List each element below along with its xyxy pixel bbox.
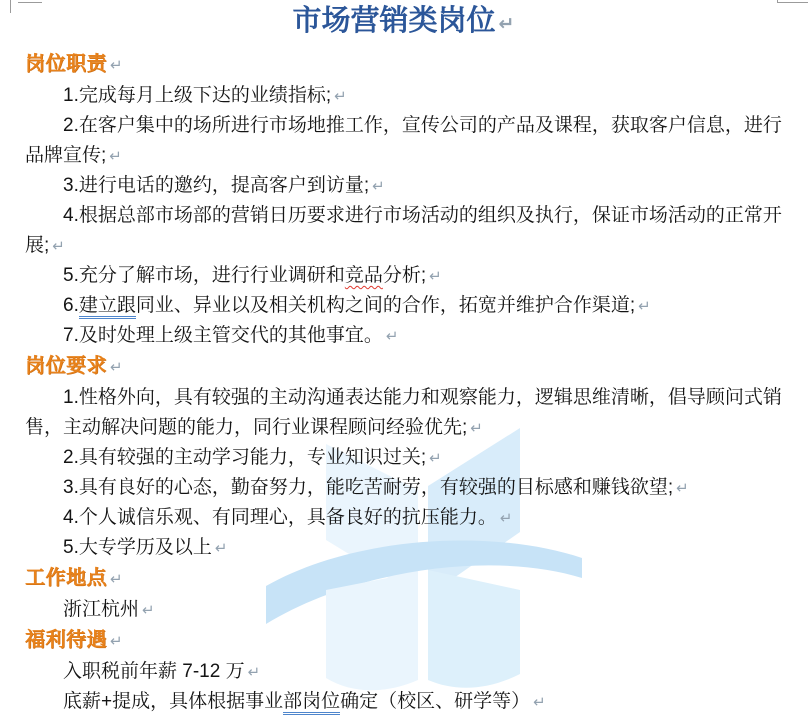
paragraph[interactable]: 5.大专学历及以上↵ bbox=[25, 533, 782, 563]
paragraph-mark-icon: ↵ bbox=[110, 570, 123, 588]
paragraph-mark-icon: ↵ bbox=[429, 267, 442, 285]
grammar-flagged-text: 建立跟 bbox=[79, 295, 136, 319]
paragraph[interactable]: 2.在客户集中的场所进行市场地推工作，宣传公司的产品及课程，获取客户信息，进行品… bbox=[25, 111, 782, 171]
paragraph-mark-icon: ↵ bbox=[500, 509, 513, 527]
crop-mark-top-left bbox=[10, 0, 11, 13]
paragraph-mark-icon: ↵ bbox=[386, 327, 399, 345]
paragraph-text: 1.完成每月上级下达的业绩指标; bbox=[63, 85, 331, 106]
crop-mark-top-left bbox=[18, 2, 42, 3]
section-heading[interactable]: 工作地点↵ bbox=[25, 563, 782, 595]
paragraph-text: 2.具有较强的主动学习能力，专业知识过关; bbox=[63, 447, 426, 468]
section-heading-text: 岗位要求 bbox=[25, 355, 107, 377]
paragraph[interactable]: 5.充分了解市场，进行行业调研和竞品分析;↵ bbox=[25, 261, 782, 291]
paragraph-text: 1.性格外向，具有较强的主动沟通表达能力和观察能力，逻辑思维清晰，倡导顾问式销售… bbox=[25, 387, 782, 438]
spellcheck-flagged-text: 竞品 bbox=[345, 265, 383, 286]
document-sections: 岗位职责↵1.完成每月上级下达的业绩指标;↵2.在客户集中的场所进行市场地推工作… bbox=[25, 49, 782, 715]
paragraph-text: 7.及时处理上级主管交代的其他事宜。 bbox=[63, 325, 383, 346]
paragraph-text: 5.充分了解市场，进行行业调研和 bbox=[63, 265, 345, 286]
paragraph[interactable]: 3.进行电话的邀约，提高客户到访量;↵ bbox=[25, 171, 782, 201]
paragraph-text: 同业、异业以及相关机构之间的合作，拓宽并维护合作渠道; bbox=[136, 295, 635, 316]
word-document-page[interactable]: 市场营销类岗位↵ 岗位职责↵1.完成每月上级下达的业绩指标;↵2.在客户集中的场… bbox=[0, 0, 808, 715]
section-heading-text: 工作地点 bbox=[25, 567, 107, 589]
document-content: 市场营销类岗位↵ 岗位职责↵1.完成每月上级下达的业绩指标;↵2.在客户集中的场… bbox=[0, 0, 808, 715]
paragraph-text: 4.根据总部市场部的营销日历要求进行市场活动的组织及执行，保证市场活动的正常开展… bbox=[25, 205, 782, 256]
paragraph[interactable]: 7.及时处理上级主管交代的其他事宜。↵ bbox=[25, 321, 782, 351]
paragraph-mark-icon: ↵ bbox=[533, 693, 546, 711]
paragraph-mark-icon: ↵ bbox=[499, 13, 515, 35]
paragraph-text: 4.个人诚信乐观、有同理心，具备良好的抗压能力。 bbox=[63, 507, 497, 528]
paragraph-mark-icon: ↵ bbox=[372, 177, 385, 195]
paragraph-text: 分析; bbox=[383, 265, 426, 286]
paragraph[interactable]: 浙江杭州↵ bbox=[25, 595, 782, 625]
paragraph-mark-icon: ↵ bbox=[676, 479, 689, 497]
paragraph[interactable]: 4.根据总部市场部的营销日历要求进行市场活动的组织及执行，保证市场活动的正常开展… bbox=[25, 201, 782, 261]
paragraph-text: 3.具有良好的心态，勤奋努力，能吃苦耐劳，有较强的目标感和赚钱欲望; bbox=[63, 477, 673, 498]
paragraph-text: 底薪+提成，具体根据事业 bbox=[63, 691, 283, 712]
paragraph-text: 2.在客户集中的场所进行市场地推工作，宣传公司的产品及课程，获取客户信息，进行品… bbox=[25, 115, 782, 166]
paragraph[interactable]: 入职税前年薪 7-12 万↵ bbox=[25, 657, 782, 687]
paragraph-mark-icon: ↵ bbox=[110, 632, 123, 650]
paragraph[interactable]: 4.个人诚信乐观、有同理心，具备良好的抗压能力。↵ bbox=[25, 503, 782, 533]
paragraph-mark-icon: ↵ bbox=[334, 87, 347, 105]
paragraph[interactable]: 1.完成每月上级下达的业绩指标;↵ bbox=[25, 81, 782, 111]
paragraph-mark-icon: ↵ bbox=[142, 601, 155, 619]
paragraph-mark-icon: ↵ bbox=[429, 449, 442, 467]
crop-mark-top-right bbox=[777, 0, 778, 3]
paragraph-text: 5.大专学历及以上 bbox=[63, 537, 212, 558]
grammar-flagged-text: 部岗位 bbox=[283, 691, 340, 715]
section-heading-text: 福利待遇 bbox=[25, 629, 107, 651]
section-heading[interactable]: 福利待遇↵ bbox=[25, 625, 782, 657]
paragraph-text: 入职税前年薪 7-12 万 bbox=[63, 661, 245, 682]
paragraph[interactable]: 6.建立跟同业、异业以及相关机构之间的合作，拓宽并维护合作渠道;↵ bbox=[25, 291, 782, 321]
paragraph[interactable]: 3.具有良好的心态，勤奋努力，能吃苦耐劳，有较强的目标感和赚钱欲望;↵ bbox=[25, 473, 782, 503]
paragraph-text: 浙江杭州 bbox=[63, 599, 139, 620]
section-heading-text: 岗位职责 bbox=[25, 53, 107, 75]
paragraph[interactable]: 2.具有较强的主动学习能力，专业知识过关;↵ bbox=[25, 443, 782, 473]
paragraph-mark-icon: ↵ bbox=[109, 147, 122, 165]
paragraph-mark-icon: ↵ bbox=[110, 358, 123, 376]
paragraph-mark-icon: ↵ bbox=[215, 539, 228, 557]
paragraph[interactable]: 底薪+提成，具体根据事业部岗位确定（校区、研学等）↵ bbox=[25, 687, 782, 715]
page-title: 市场营销类岗位↵ bbox=[25, 4, 782, 41]
section-heading[interactable]: 岗位要求↵ bbox=[25, 351, 782, 383]
paragraph-mark-icon: ↵ bbox=[248, 663, 261, 681]
page-title-text: 市场营销类岗位 bbox=[293, 5, 496, 37]
paragraph-mark-icon: ↵ bbox=[110, 56, 123, 74]
paragraph-mark-icon: ↵ bbox=[470, 419, 483, 437]
paragraph-text: 6. bbox=[63, 295, 79, 316]
crop-mark-top-right bbox=[777, 2, 808, 3]
paragraph[interactable]: 1.性格外向，具有较强的主动沟通表达能力和观察能力，逻辑思维清晰，倡导顾问式销售… bbox=[25, 383, 782, 443]
paragraph-mark-icon: ↵ bbox=[638, 297, 651, 315]
paragraph-mark-icon: ↵ bbox=[52, 237, 65, 255]
paragraph-text: 3.进行电话的邀约，提高客户到访量; bbox=[63, 175, 369, 196]
section-heading[interactable]: 岗位职责↵ bbox=[25, 49, 782, 81]
paragraph-text: 确定（校区、研学等） bbox=[340, 691, 530, 712]
